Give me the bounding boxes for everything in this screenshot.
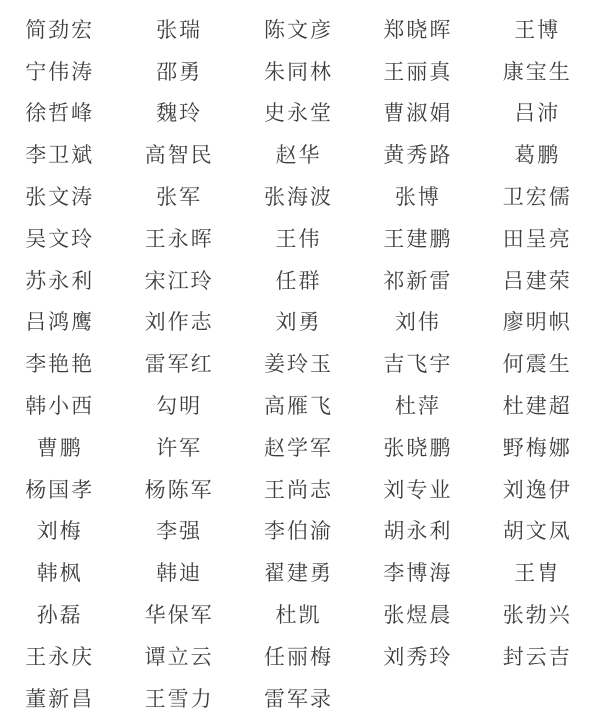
person-name: 宋江玲 (119, 259, 238, 301)
person-name: 王博 (478, 8, 597, 50)
person-name: 李卫斌 (0, 133, 119, 175)
person-name: 李艳艳 (0, 342, 119, 384)
person-name: 王建鹏 (358, 217, 477, 259)
names-page: 简劲宏宁伟涛徐哲峰李卫斌张文涛吴文玲苏永利吕鸿鹰李艳艳韩小西曹鹏杨国孝刘梅韩枫孙… (0, 0, 597, 725)
person-name: 张军 (119, 175, 238, 217)
name-column-1: 简劲宏宁伟涛徐哲峰李卫斌张文涛吴文玲苏永利吕鸿鹰李艳艳韩小西曹鹏杨国孝刘梅韩枫孙… (0, 8, 119, 721)
person-name: 史永堂 (239, 92, 358, 134)
name-column-5: 王博康宝生吕沛葛鹏卫宏儒田呈亮吕建荣廖明帜何震生杜建超野梅娜刘逸伊胡文凤王胄张勃… (478, 8, 597, 721)
person-name: 杜萍 (358, 384, 477, 426)
person-name: 姜玲玉 (239, 342, 358, 384)
person-name: 黄秀路 (358, 133, 477, 175)
person-name: 吴文玲 (0, 217, 119, 259)
person-name: 张煜晨 (358, 593, 477, 635)
person-name: 廖明帜 (478, 301, 597, 343)
person-name: 孙磊 (0, 593, 119, 635)
person-name: 任丽梅 (239, 635, 358, 677)
person-name: 吕建荣 (478, 259, 597, 301)
person-name: 王胄 (478, 551, 597, 593)
person-name: 刘伟 (358, 301, 477, 343)
person-name: 董新昌 (0, 677, 119, 719)
person-name: 高雁飞 (239, 384, 358, 426)
name-column-3: 陈文彦朱同林史永堂赵华张海波王伟任群刘勇姜玲玉高雁飞赵学军王尚志李伯渝翟建勇杜凯… (239, 8, 358, 721)
name-grid: 简劲宏宁伟涛徐哲峰李卫斌张文涛吴文玲苏永利吕鸿鹰李艳艳韩小西曹鹏杨国孝刘梅韩枫孙… (0, 0, 597, 725)
person-name: 杨国孝 (0, 468, 119, 510)
person-name: 王永庆 (0, 635, 119, 677)
person-name: 吕沛 (478, 92, 597, 134)
person-name: 吕鸿鹰 (0, 301, 119, 343)
person-name: 野梅娜 (478, 426, 597, 468)
person-name: 李强 (119, 510, 238, 552)
person-name: 韩枫 (0, 551, 119, 593)
person-name: 谭立云 (119, 635, 238, 677)
person-name: 许军 (119, 426, 238, 468)
person-name: 杜建超 (478, 384, 597, 426)
person-name: 朱同林 (239, 50, 358, 92)
person-name: 宁伟涛 (0, 50, 119, 92)
person-name: 翟建勇 (239, 551, 358, 593)
person-name: 胡永利 (358, 510, 477, 552)
person-name: 康宝生 (478, 50, 597, 92)
person-name: 李博海 (358, 551, 477, 593)
person-name: 田呈亮 (478, 217, 597, 259)
person-name: 王尚志 (239, 468, 358, 510)
person-name: 王丽真 (358, 50, 477, 92)
person-name: 张瑞 (119, 8, 238, 50)
person-name: 杨陈军 (119, 468, 238, 510)
person-name: 胡文凤 (478, 510, 597, 552)
person-name: 高智民 (119, 133, 238, 175)
name-column-2: 张瑞邵勇魏玲高智民张军王永晖宋江玲刘作志雷军红勾明许军杨陈军李强韩迪华保军谭立云… (119, 8, 238, 721)
person-name: 刘专业 (358, 468, 477, 510)
person-name: 赵学军 (239, 426, 358, 468)
person-name: 祁新雷 (358, 259, 477, 301)
person-name: 韩迪 (119, 551, 238, 593)
person-name: 葛鹏 (478, 133, 597, 175)
person-name: 封云吉 (478, 635, 597, 677)
person-name: 邵勇 (119, 50, 238, 92)
person-name: 张文涛 (0, 175, 119, 217)
person-name: 魏玲 (119, 92, 238, 134)
person-name: 张晓鹏 (358, 426, 477, 468)
person-name: 曹淑娟 (358, 92, 477, 134)
person-name: 雷军红 (119, 342, 238, 384)
person-name: 徐哲峰 (0, 92, 119, 134)
person-name: 刘作志 (119, 301, 238, 343)
person-name: 王伟 (239, 217, 358, 259)
person-name: 刘勇 (239, 301, 358, 343)
person-name: 李伯渝 (239, 510, 358, 552)
person-name: 刘梅 (0, 510, 119, 552)
person-name: 卫宏儒 (478, 175, 597, 217)
person-name: 刘逸伊 (478, 468, 597, 510)
person-name: 何震生 (478, 342, 597, 384)
person-name: 简劲宏 (0, 8, 119, 50)
person-name: 张勃兴 (478, 593, 597, 635)
person-name: 苏永利 (0, 259, 119, 301)
person-name: 张博 (358, 175, 477, 217)
person-name: 杜凯 (239, 593, 358, 635)
person-name: 王雪力 (119, 677, 238, 719)
person-name: 张海波 (239, 175, 358, 217)
person-name: 任群 (239, 259, 358, 301)
person-name: 赵华 (239, 133, 358, 175)
person-name: 陈文彦 (239, 8, 358, 50)
person-name: 韩小西 (0, 384, 119, 426)
person-name: 郑晓晖 (358, 8, 477, 50)
name-column-4: 郑晓晖王丽真曹淑娟黄秀路张博王建鹏祁新雷刘伟吉飞宇杜萍张晓鹏刘专业胡永利李博海张… (358, 8, 477, 721)
person-name: 吉飞宇 (358, 342, 477, 384)
person-name: 勾明 (119, 384, 238, 426)
person-name: 雷军录 (239, 677, 358, 719)
person-name: 王永晖 (119, 217, 238, 259)
person-name: 刘秀玲 (358, 635, 477, 677)
person-name: 华保军 (119, 593, 238, 635)
person-name: 曹鹏 (0, 426, 119, 468)
